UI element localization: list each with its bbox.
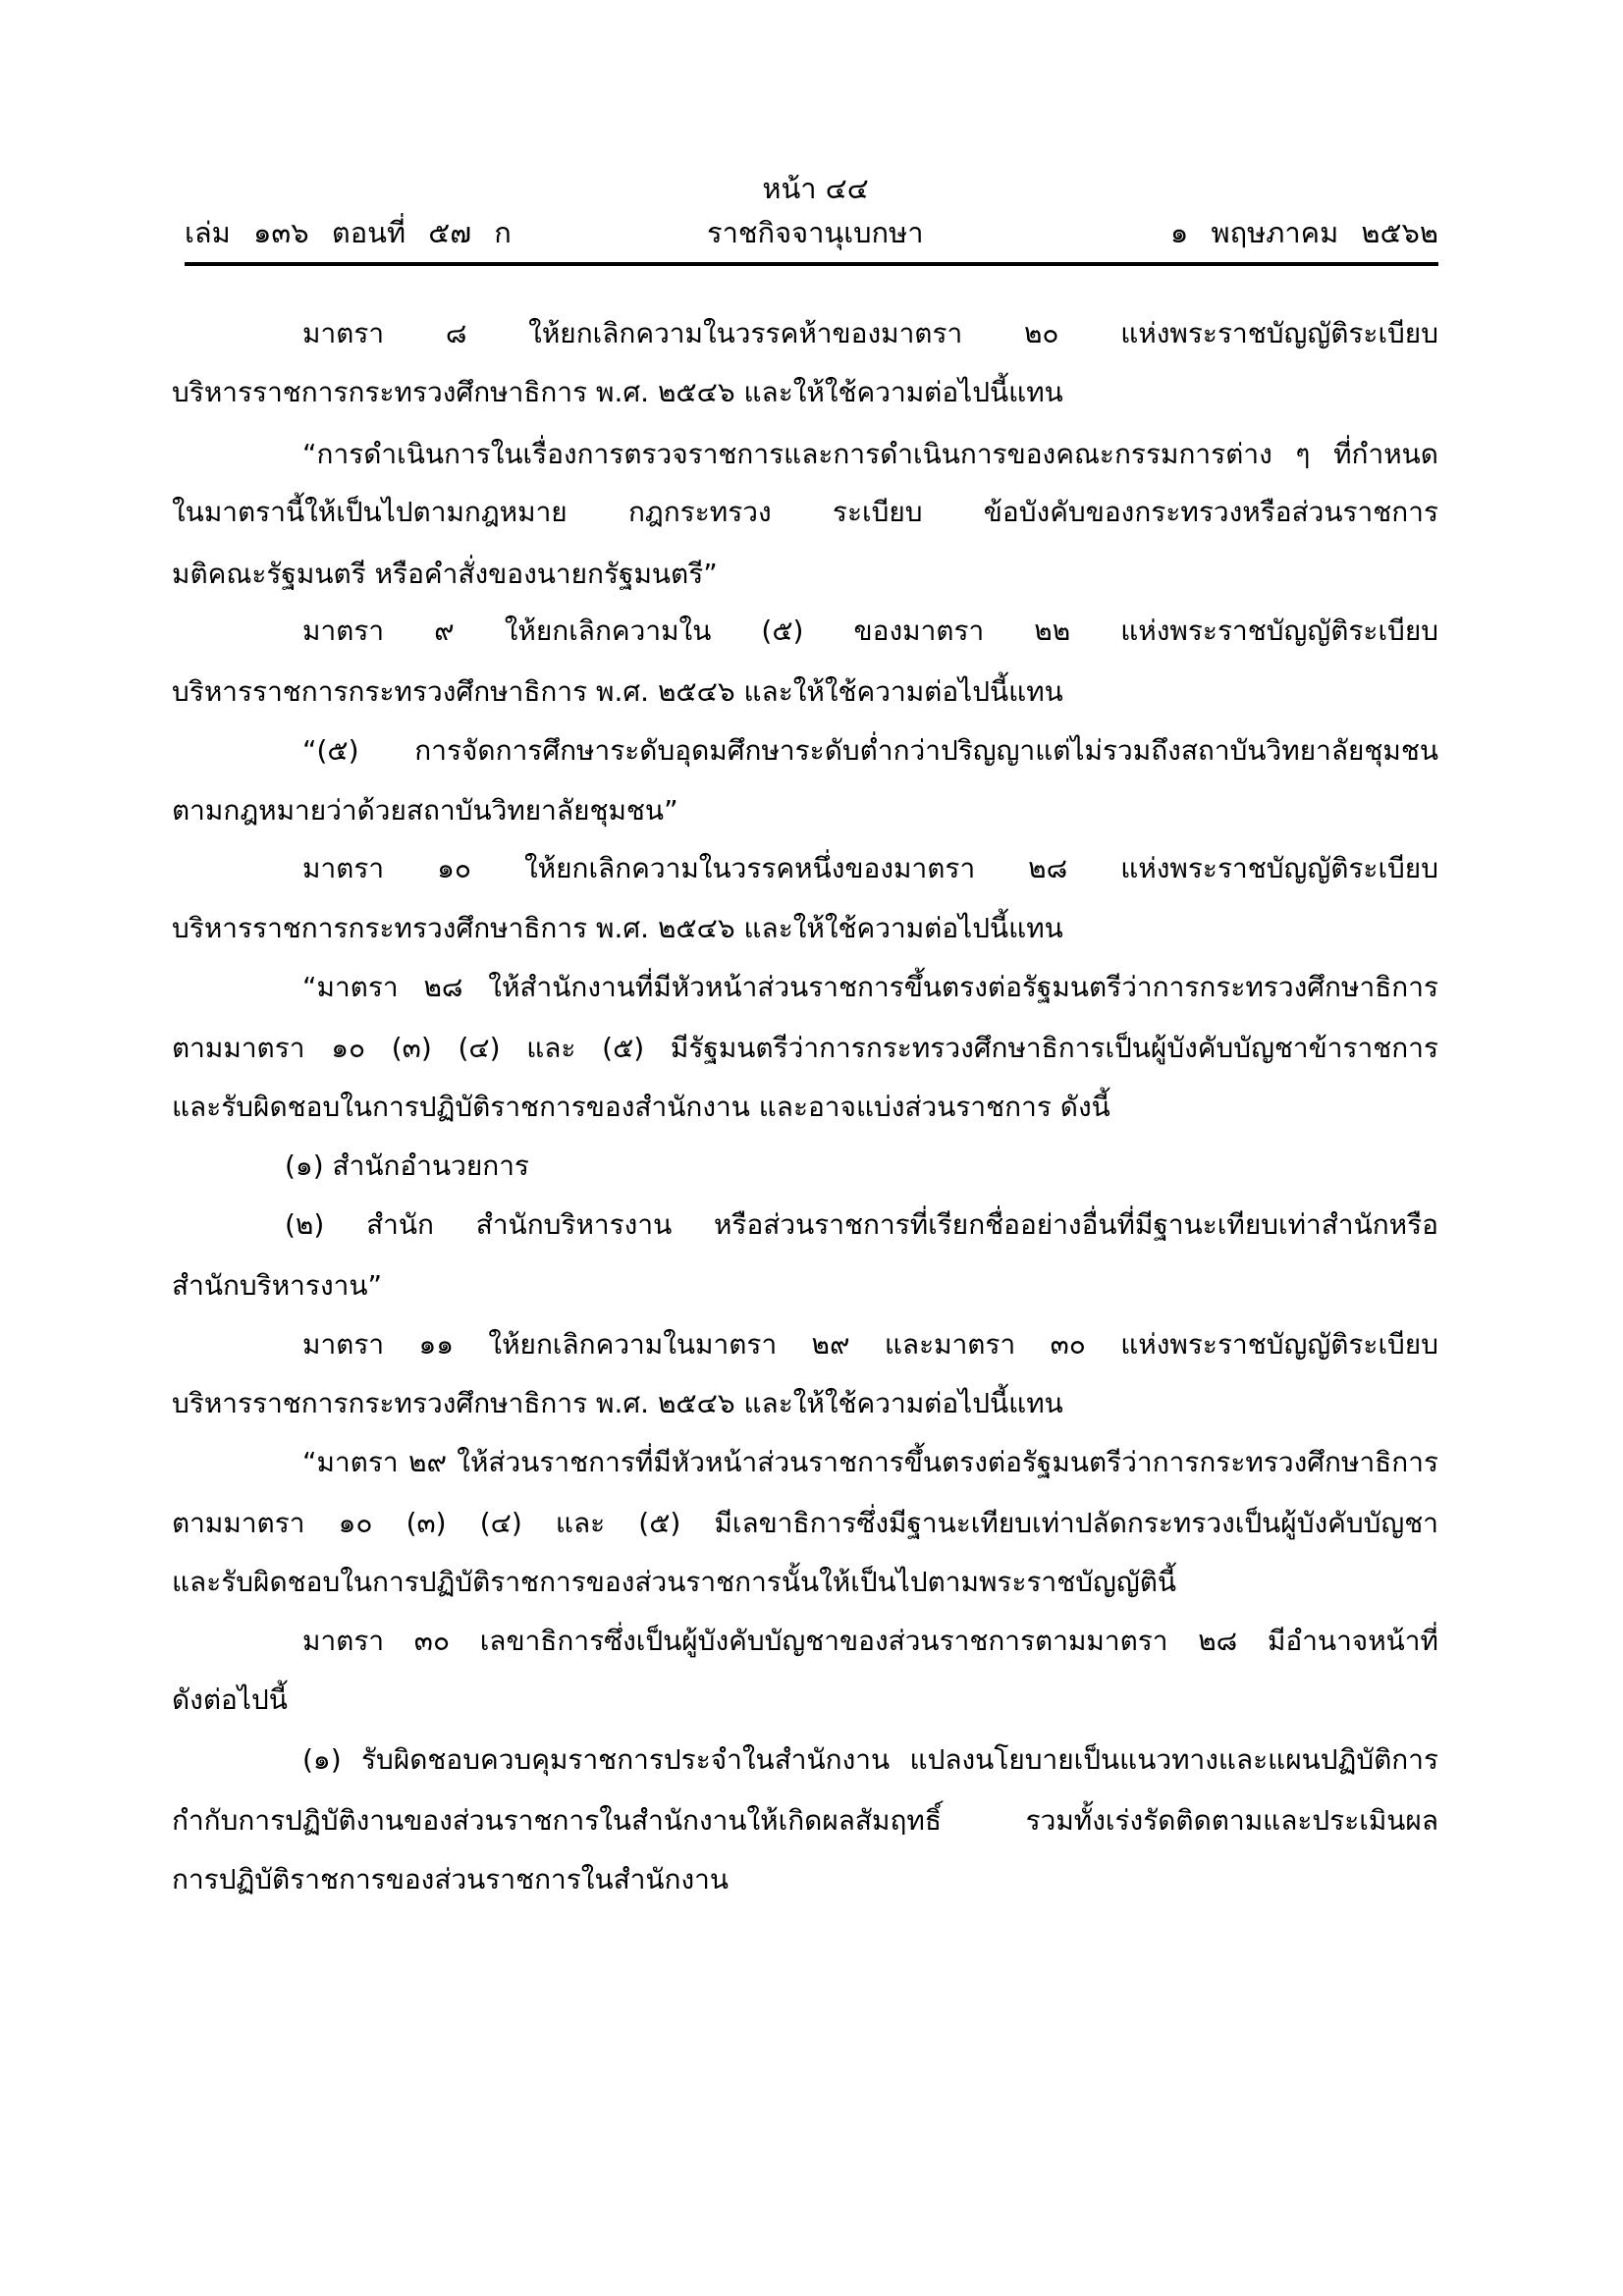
section-9-quote-line-2: ตามกฎหมายว่าด้วยสถาบันวิทยาลัยชุมชน” <box>172 786 678 835</box>
section-28-item-2-line-2: สำนักบริหารงาน” <box>172 1261 382 1310</box>
section-8-quote-line-1: “การดำเนินการในเรื่องการตรวจราชการและการ… <box>302 430 1438 479</box>
section-30-line-2: ดังต่อไปนี้ <box>172 1676 288 1725</box>
section-9-line-2: บริหารราชการกระทรวงศึกษาธิการ พ.ศ. ๒๕๔๖ … <box>172 667 1063 717</box>
section-30-item-1-line-3: การปฏิบัติราชการของส่วนราชการในสำนักงาน <box>172 1855 729 1904</box>
section-9-quote-line-1: “(๕) การจัดการศึกษาระดับอุดมศึกษาระดับต่… <box>302 726 1438 775</box>
section-11-line-2: บริหารราชการกระทรวงศึกษาธิการ พ.ศ. ๒๕๔๖ … <box>172 1379 1063 1428</box>
section-28-item-2-line-1: (๒) สำนัก สำนักบริหารงาน หรือส่วนราชการท… <box>285 1201 1438 1250</box>
section-10-line-1: มาตรา ๑๐ ให้ยกเลิกความในวรรคหนึ่งของมาตร… <box>302 844 1438 893</box>
section-29-line-1: “มาตรา ๒๙ ให้ส่วนราชการที่มีหัวหน้าส่วนร… <box>302 1438 1438 1487</box>
section-28-line-3: และรับผิดชอบในการปฏิบัติราชการของสำนักงา… <box>172 1083 1110 1132</box>
gazette-header-row: เล่ม ๑๓๖ ตอนที่ ๕๗ ก ราชกิจจานุเบกษา ๑ พ… <box>185 211 1438 254</box>
header-rule <box>185 262 1438 266</box>
section-29-line-3: และรับผิดชอบในการปฏิบัติราชการของส่วนราช… <box>172 1558 1176 1607</box>
section-29-line-2: ตามมาตรา ๑๐ (๓) (๔) และ (๕) มีเลขาธิการซ… <box>172 1499 1438 1548</box>
section-11-line-1: มาตรา ๑๑ ให้ยกเลิกความในมาตรา ๒๙ และมาตร… <box>302 1320 1438 1369</box>
section-28-line-2: ตามมาตรา ๑๐ (๓) (๔) และ (๕) มีรัฐมนตรีว่… <box>172 1024 1438 1073</box>
section-30-item-1-line-2: กำกับการปฏิบัติงานของส่วนราชการในสำนักงา… <box>172 1796 1438 1845</box>
publication-date: ๑ พฤษภาคม ๒๕๖๒ <box>1170 211 1438 254</box>
section-28-item-1: (๑) สำนักอำนวยการ <box>285 1142 529 1191</box>
section-8-quote-line-3: มติคณะรัฐมนตรี หรือคำสั่งของนายกรัฐมนตรี… <box>172 550 718 599</box>
section-8-quote-line-2: ในมาตรานี้ให้เป็นไปตามกฎหมาย กฎกระทรวง ร… <box>172 488 1438 537</box>
volume-issue: เล่ม ๑๓๖ ตอนที่ ๕๗ ก <box>185 211 512 254</box>
page-number: หน้า ๔๔ <box>0 167 1623 210</box>
section-28-line-1: “มาตรา ๒๘ ให้สำนักงานที่มีหัวหน้าส่วนราช… <box>302 963 1438 1012</box>
section-8-line-1: มาตรา ๘ ให้ยกเลิกความในวรรคห้าของมาตรา ๒… <box>302 309 1438 358</box>
section-9-line-1: มาตรา ๙ ให้ยกเลิกความใน (๕) ของมาตรา ๒๒ … <box>302 607 1438 656</box>
publication-title: ราชกิจจานุเบกษา <box>707 211 923 254</box>
section-8-line-2: บริหารราชการกระทรวงศึกษาธิการ พ.ศ. ๒๕๔๖ … <box>172 368 1063 417</box>
section-10-line-2: บริหารราชการกระทรวงศึกษาธิการ พ.ศ. ๒๕๔๖ … <box>172 904 1063 953</box>
section-30-item-1-line-1: (๑) รับผิดชอบควบคุมราชการประจำในสำนักงาน… <box>302 1735 1438 1785</box>
gazette-page: หน้า ๔๔ เล่ม ๑๓๖ ตอนที่ ๕๗ ก ราชกิจจานุเ… <box>0 0 1623 2296</box>
section-30-line-1: มาตรา ๓๐ เลขาธิการซึ่งเป็นผู้บังคับบัญชา… <box>302 1617 1438 1666</box>
